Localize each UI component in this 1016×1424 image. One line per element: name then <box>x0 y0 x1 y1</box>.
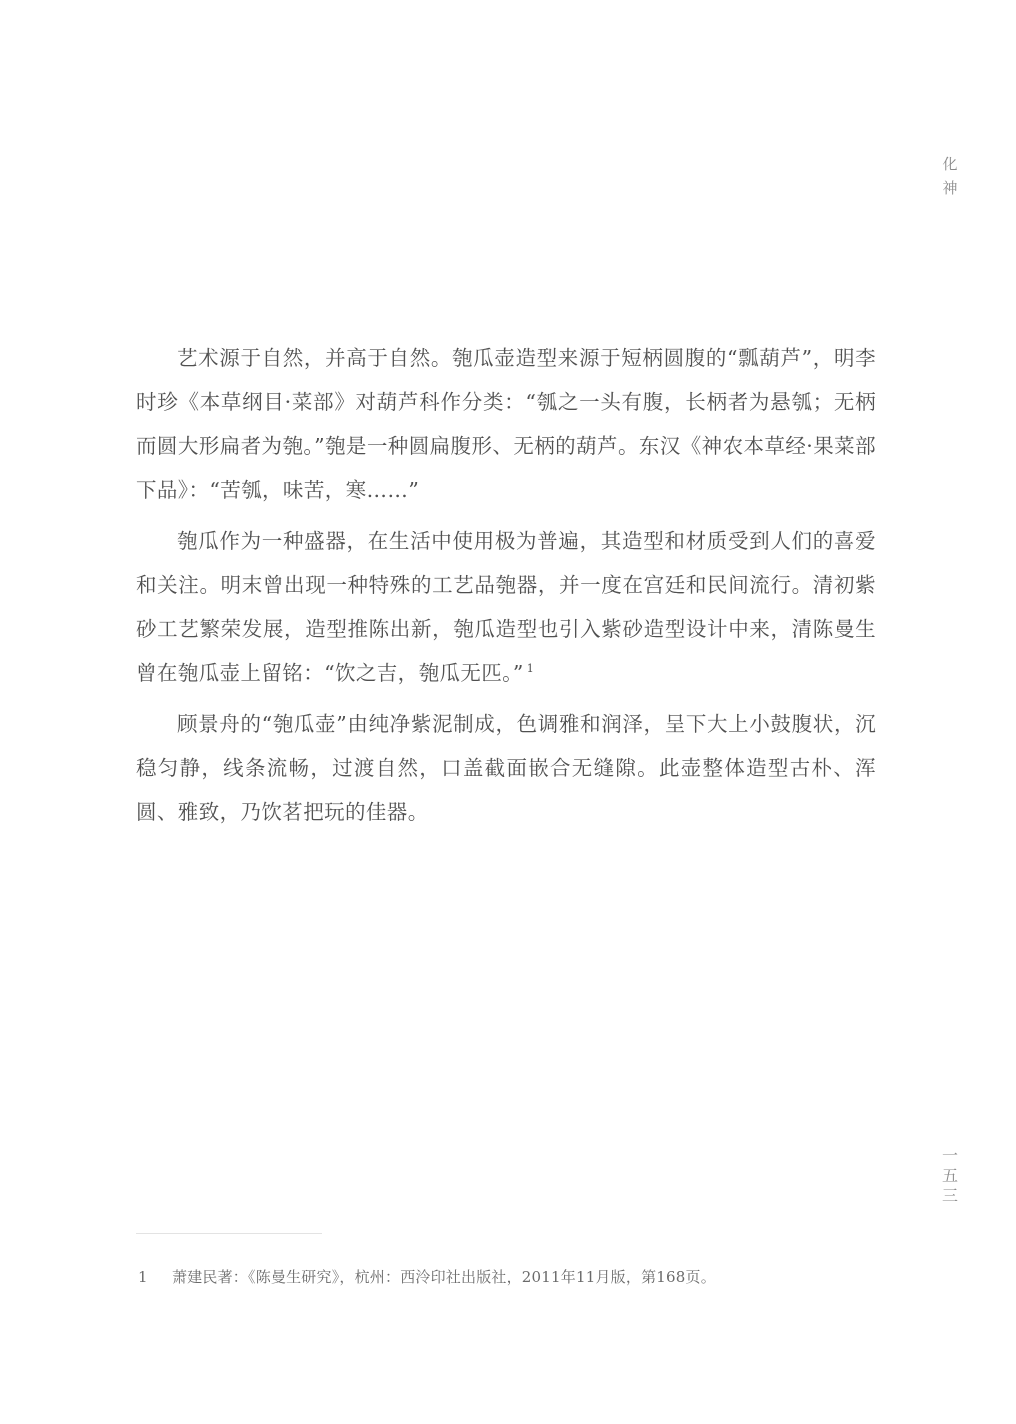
running-head: 化 神 <box>940 152 960 200</box>
paragraph: 艺术源于自然，并高于自然。匏瓜壶造型来源于短柄圆腹的“瓢葫芦”，明李时珍《本草纲… <box>136 336 876 512</box>
paragraph: 顾景舟的“匏瓜壶”由纯净紫泥制成，色调雅和润泽，呈下大上小鼓腹状，沉稳匀静，线条… <box>136 702 876 834</box>
footnote-reference[interactable]: 1 <box>527 662 534 675</box>
footnote-number: 1 <box>138 1266 172 1288</box>
paragraph: 匏瓜作为一种盛器，在生活中使用极为普遍，其造型和材质受到人们的喜爱和关注。明末曾… <box>136 519 876 695</box>
paragraph-text: 艺术源于自然，并高于自然。匏瓜壶造型来源于短柄圆腹的“瓢葫芦”，明李时珍《本草纲… <box>136 346 876 502</box>
body-text: 艺术源于自然，并高于自然。匏瓜壶造型来源于短柄圆腹的“瓢葫芦”，明李时珍《本草纲… <box>136 336 876 841</box>
page-number-char: 五 <box>938 1166 962 1186</box>
paragraph-text: 匏瓜作为一种盛器，在生活中使用极为普遍，其造型和材质受到人们的喜爱和关注。明末曾… <box>136 529 876 685</box>
footnote: 1萧建民著：《陈曼生研究》，杭州：西泠印社出版社，2011年11月版，第168页… <box>138 1266 716 1288</box>
paragraph-text: 顾景舟的“匏瓜壶”由纯净紫泥制成，色调雅和润泽，呈下大上小鼓腹状，沉稳匀静，线条… <box>136 712 876 824</box>
running-head-char: 化 <box>940 152 960 176</box>
footnote-divider <box>136 1233 322 1234</box>
page-number-char: 三 <box>938 1186 962 1206</box>
running-head-char: 神 <box>940 176 960 200</box>
footnote-text: 萧建民著：《陈曼生研究》，杭州：西泠印社出版社，2011年11月版，第168页。 <box>172 1268 716 1286</box>
page-number: 一 五 三 <box>938 1146 962 1206</box>
page-number-char: 一 <box>938 1146 962 1166</box>
